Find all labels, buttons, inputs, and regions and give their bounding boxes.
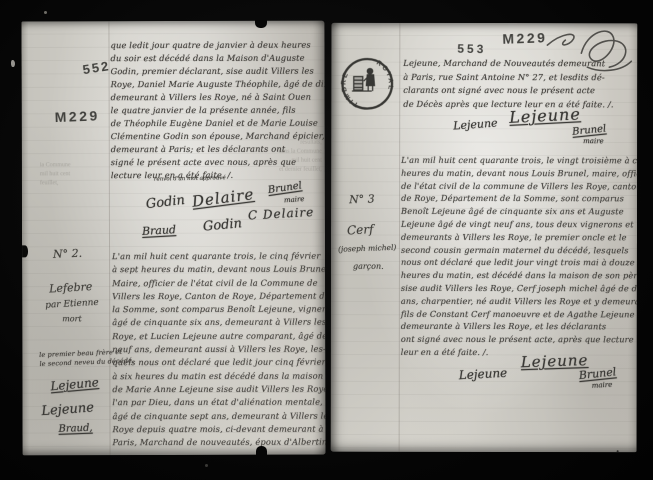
act2-margin-signature-braud: Braud, [58,423,93,435]
signature-c-delaire: C Delaire [248,205,315,223]
act2-text-block: L'an mil huit cent quarante trois, le ci… [112,250,325,450]
signature-brunel-title-bottom-right: maire [592,381,613,390]
collection-stamp-left: M229 [54,107,100,125]
ink-speck [617,450,619,452]
page-edge-notch-bottom [256,446,267,456]
act2-margin-name: Lefebre [49,280,93,295]
signature-delaire-large: Delaire [191,185,255,211]
signature-brunel-title-top-right: maire [583,137,604,145]
signature-godin-top: Godin [145,193,185,212]
signature-lejeune-large-top: Lejeune [509,104,581,127]
right-page: 553 M229 TIMBRE ROYAL [331,23,638,453]
svg-text:ROYAL: ROYAL [375,60,394,92]
page-edge-notch-top [255,20,267,28]
act2-margin-signature-lejeune-1: Lejeune [50,375,100,393]
signature-brunel-left: Brunel [267,180,302,196]
signature-lejeune-left-bottom: Lejeune [458,366,507,382]
act3-margin-number: N° 3 [349,192,375,206]
bleedthrough-left-margin: la Communemil huit centfeuillet, [40,161,71,188]
signature-braud: Braud [142,223,177,238]
signature-lejeune-small-top: Lejeune [453,116,498,132]
act3-text-block: L'an mil huit cent quarante trois, le vi… [401,154,631,359]
dust-speck-bottom [205,464,208,467]
round-stamp-figure-art [352,68,375,91]
page-edge-blemish [22,245,28,257]
timbre-royal-round-stamp: TIMBRE ROYAL [340,56,394,112]
bleedthrough-right-edge: résultats,dans la Communemil huit centet… [274,139,322,175]
page-number-stamp-left: 552 [82,58,112,77]
dust-speck-left [11,60,15,67]
act2-margin-subname: par Etienne [45,298,99,311]
act3-margin-note: garçon. [353,262,384,271]
scanned-register-spread: 552 M229 que ledit jour quatre de janvie… [0,0,653,480]
collection-stamp-right: M229 [502,29,548,46]
signature-godin-bottom: Godin [202,216,242,234]
page-number-stamp-right: 553 [457,42,486,57]
dust-speck-top [44,11,47,14]
signature-brunel-bottom-right: Brunel [578,365,617,382]
signature-brunel-top-right: Brunel [572,123,607,137]
act2-margin-number: N° 2. [53,247,83,261]
signature-brunel-title-left: maire [284,195,305,204]
act3-margin-subname: (joseph michel) [338,243,397,254]
left-page: 552 M229 que ledit jour quatre de janvie… [21,21,325,456]
round-stamp-right-text: ROYAL [375,60,394,92]
act2-margin-note: mort [62,314,81,323]
act2-margin-signature-lejeune-2: Lejeune [41,400,94,419]
act3-margin-name: Cerf [347,222,374,237]
act2-continuation-text-block: Lejeune, Marchand de Nouveautés demeuran… [403,57,627,111]
